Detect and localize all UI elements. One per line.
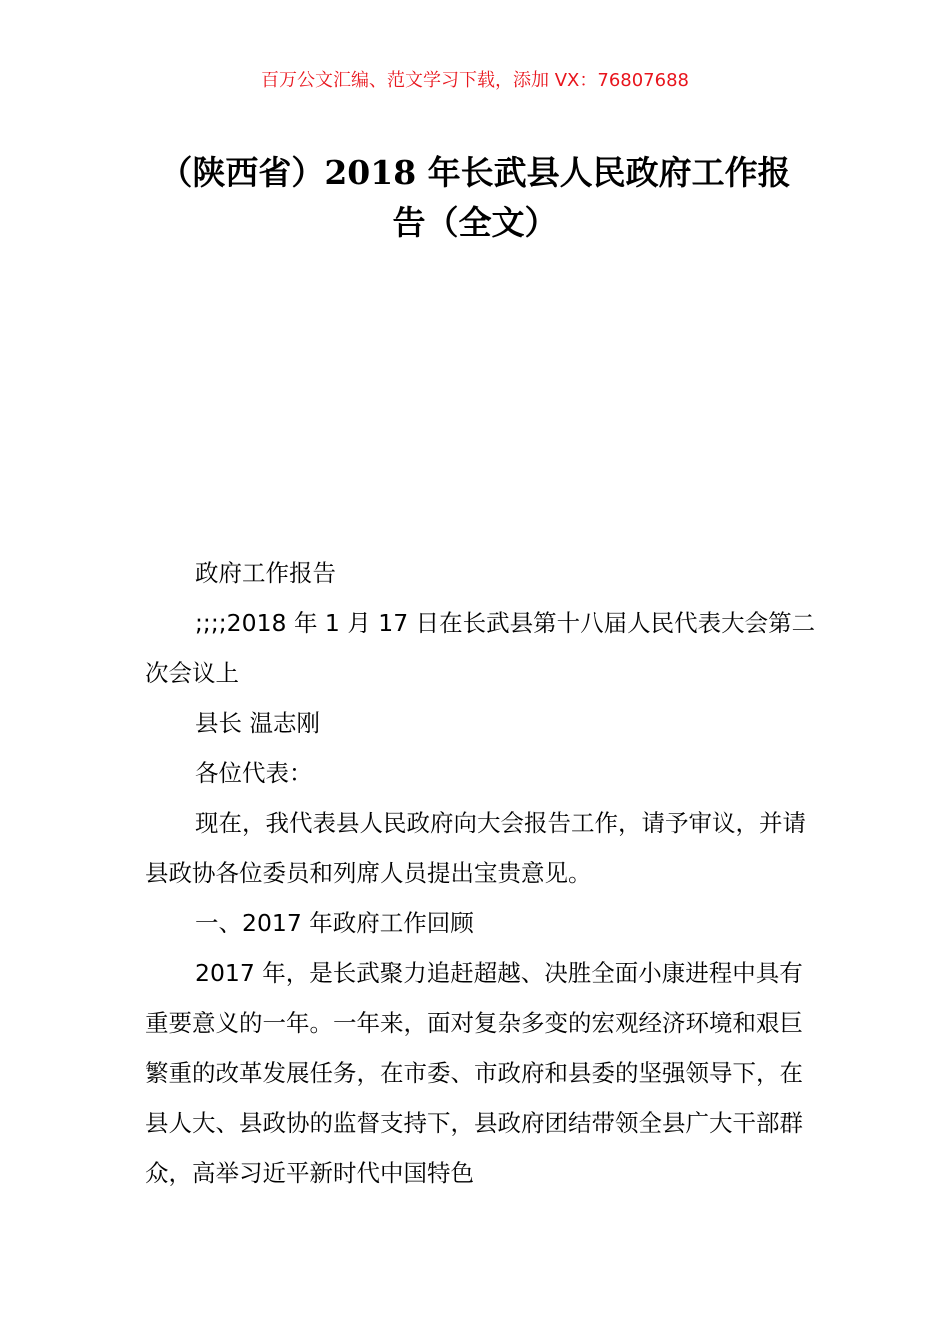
- title-line-2: 告（全文）: [120, 198, 830, 248]
- paragraph-review-body: 2017 年，是长武聚力追赶超越、决胜全面小康进程中具有重要意义的一年。一年来，…: [145, 948, 825, 1198]
- title-line-1: （陕西省）2018 年长武县人民政府工作报: [120, 148, 830, 198]
- watermark-header: 百万公文汇编、范文学习下载，添加 VX：76807688: [0, 68, 950, 94]
- section-heading-review: 一、2017 年政府工作回顾: [145, 898, 825, 948]
- paragraph-intro: 现在，我代表县人民政府向大会报告工作，请予审议，并请县政协各位委员和列席人员提出…: [145, 798, 825, 898]
- paragraph-salutation: 各位代表：: [145, 748, 825, 798]
- document-body: 政府工作报告 ;;;;2018 年 1 月 17 日在长武县第十八届人民代表大会…: [145, 548, 825, 1198]
- paragraph-meeting-date: ;;;;2018 年 1 月 17 日在长武县第十八届人民代表大会第二次会议上: [145, 598, 825, 698]
- document-title: （陕西省）2018 年长武县人民政府工作报 告（全文）: [120, 148, 830, 248]
- paragraph-speaker: 县长 温志刚: [145, 698, 825, 748]
- paragraph-report-label: 政府工作报告: [145, 548, 825, 598]
